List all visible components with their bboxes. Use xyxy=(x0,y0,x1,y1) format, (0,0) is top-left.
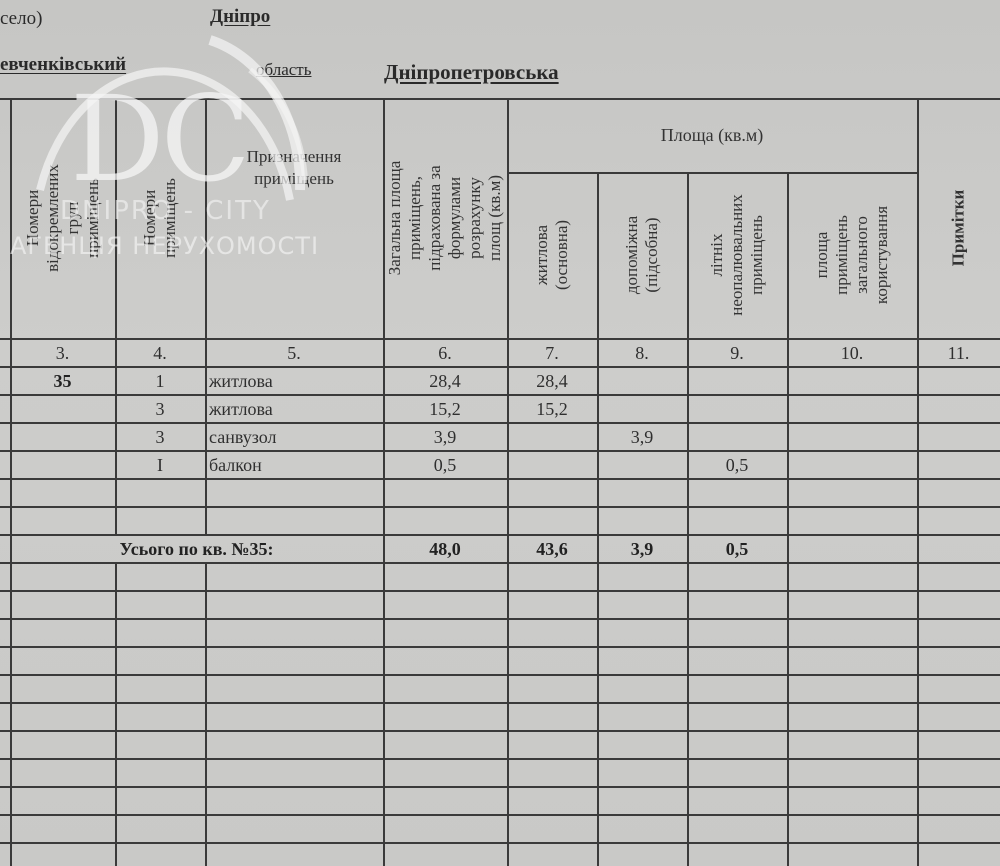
table-cell-room: 3 xyxy=(115,395,205,423)
column-header-c4: Номери приміщень xyxy=(115,98,205,338)
column-header-c6: Загальна площа приміщень, підрахована за… xyxy=(383,98,507,338)
table-cell-summer xyxy=(687,395,787,423)
column-number: 11. xyxy=(917,339,1000,367)
table-cell-group xyxy=(10,423,115,451)
grid-line xyxy=(0,814,1000,816)
column-header-c8: допоміжна (підсобна) xyxy=(597,172,687,338)
table-cell-living xyxy=(507,451,597,479)
column-header-c11: Примітки xyxy=(917,118,1000,338)
column-number: 3. xyxy=(10,339,115,367)
grid-line xyxy=(0,506,1000,508)
column-number: 7. xyxy=(507,339,597,367)
table-cell-group xyxy=(10,451,115,479)
table-cell-purpose: санвузол xyxy=(205,423,387,451)
grid-line xyxy=(115,562,117,866)
grid-line xyxy=(0,618,1000,620)
table-cell-total: 0,5 xyxy=(383,451,507,479)
column-number: 9. xyxy=(687,339,787,367)
table-cell-notes xyxy=(917,423,1000,451)
grid-line xyxy=(0,590,1000,592)
table-cell-notes xyxy=(917,367,1000,395)
grid-line xyxy=(0,702,1000,704)
column-header-c10: площа приміщень загального користування xyxy=(787,172,917,338)
table-cell-living: 28,4 xyxy=(507,367,597,395)
grid-line xyxy=(0,786,1000,788)
column-header-c5: Призначення приміщень xyxy=(205,98,383,238)
column-number: 6. xyxy=(383,339,507,367)
table-cell-purpose: балкон xyxy=(205,451,387,479)
table-cell-auxiliary xyxy=(597,367,687,395)
grid-line xyxy=(0,674,1000,676)
table-cell-room: 3 xyxy=(115,423,205,451)
total-row-notes xyxy=(917,535,1000,563)
table-cell-summer: 0,5 xyxy=(687,451,787,479)
table-cell-auxiliary xyxy=(597,395,687,423)
table-cell-common xyxy=(787,451,917,479)
table-cell-common xyxy=(787,423,917,451)
table-cell-group xyxy=(10,395,115,423)
column-header-c7: житлова (основна) xyxy=(507,172,597,338)
grid-line xyxy=(0,842,1000,844)
column-number: 8. xyxy=(597,339,687,367)
total-row-auxiliary: 3,9 xyxy=(597,535,687,563)
table-cell-total: 28,4 xyxy=(383,367,507,395)
column-number: 10. xyxy=(787,339,917,367)
column-header-c3: Номери відокремлених груп приміщень xyxy=(10,98,115,338)
table-cell-notes xyxy=(917,451,1000,479)
total-row-summer: 0,5 xyxy=(687,535,787,563)
table-cell-notes xyxy=(917,395,1000,423)
table-cell-living xyxy=(507,423,597,451)
table-cell-room: 1 xyxy=(115,367,205,395)
column-header-c9: літніх неопалювальних приміщень xyxy=(687,172,787,338)
table-cell-auxiliary: 3,9 xyxy=(597,423,687,451)
table-cell-purpose: житлова xyxy=(205,395,387,423)
table-cell-summer xyxy=(687,367,787,395)
total-row-living: 43,6 xyxy=(507,535,597,563)
total-row-label: Усього по кв. №35: xyxy=(10,535,383,563)
table-cell-group: 35 xyxy=(10,367,115,395)
grid-line xyxy=(0,646,1000,648)
total-row-common xyxy=(787,535,917,563)
column-number: 5. xyxy=(205,339,383,367)
table-cell-room: I xyxy=(115,451,205,479)
table-cell-total: 15,2 xyxy=(383,395,507,423)
room-area-table: Номери відокремлених груп приміщеньНомер… xyxy=(0,0,1000,866)
column-number: 4. xyxy=(115,339,205,367)
grid-line xyxy=(0,758,1000,760)
table-cell-common xyxy=(787,367,917,395)
table-cell-summer xyxy=(687,423,787,451)
grid-line xyxy=(205,562,207,866)
table-cell-common xyxy=(787,395,917,423)
table-cell-purpose: житлова xyxy=(205,367,387,395)
column-group-header-area: Площа (кв.м) xyxy=(507,98,917,172)
grid-line xyxy=(0,730,1000,732)
table-cell-living: 15,2 xyxy=(507,395,597,423)
table-cell-total: 3,9 xyxy=(383,423,507,451)
total-row-total: 48,0 xyxy=(383,535,507,563)
table-cell-auxiliary xyxy=(597,451,687,479)
